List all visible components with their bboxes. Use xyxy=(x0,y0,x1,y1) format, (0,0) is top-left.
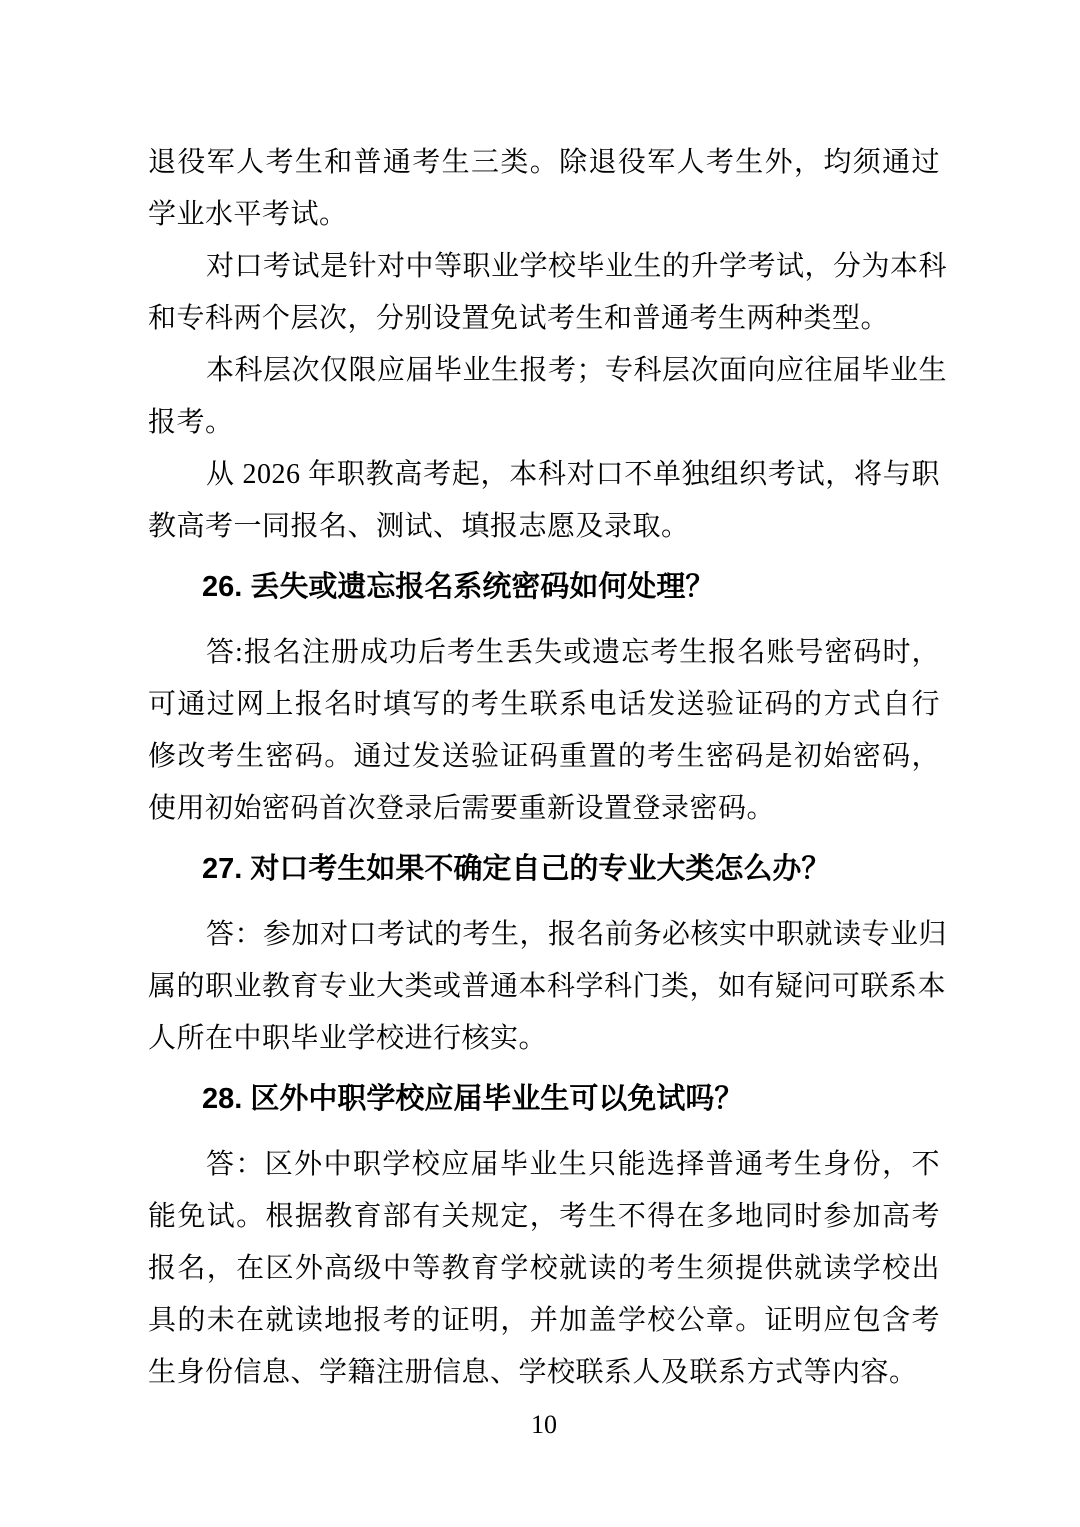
paragraph-line: 从 2026 年职教高考起，本科对口不单独组织考试，将与职 xyxy=(148,449,940,501)
paragraph-line: 本科层次仅限应届毕业生报考；专科层次面向应往届毕业生 xyxy=(148,345,940,397)
paragraph: 答：区外中职学校应届毕业生只能选择普通考生身份，不能免试。根据教育部有关规定，考… xyxy=(148,1139,940,1399)
paragraph-line: 属的职业教育专业大类或普通本科学科门类，如有疑问可联系本 xyxy=(148,961,940,1013)
document-page: 退役军人考生和普通考生三类。除退役军人考生外，均须通过学业水平考试。对口考试是针… xyxy=(0,0,1080,1527)
paragraph-line: 答:报名注册成功后考生丢失或遗忘考生报名账号密码时， xyxy=(148,627,940,679)
blocks: 退役军人考生和普通考生三类。除退役军人考生外，均须通过学业水平考试。对口考试是针… xyxy=(148,137,940,1399)
faq-question-heading: 27. 对口考生如果不确定自己的专业大类怎么办？ xyxy=(148,843,940,895)
paragraph-line: 具的未在就读地报考的证明，并加盖学校公章。证明应包含考 xyxy=(148,1295,940,1347)
paragraph-line: 对口考试是针对中等职业学校毕业生的升学考试，分为本科 xyxy=(148,241,940,293)
paragraph: 答：参加对口考试的考生，报名前务必核实中职就读专业归属的职业教育专业大类或普通本… xyxy=(148,909,940,1065)
paragraph: 从 2026 年职教高考起，本科对口不单独组织考试，将与职教高考一同报名、测试、… xyxy=(148,449,940,553)
paragraph-line: 能免试。根据教育部有关规定，考生不得在多地同时参加高考 xyxy=(148,1191,940,1243)
paragraph-line: 生身份信息、学籍注册信息、学校联系人及联系方式等内容。 xyxy=(148,1347,940,1399)
paragraph-line: 报名，在区外高级中等教育学校就读的考生须提供就读学校出 xyxy=(148,1243,940,1295)
paragraph-line: 修改考生密码。通过发送验证码重置的考生密码是初始密码， xyxy=(148,731,940,783)
paragraph-line: 学业水平考试。 xyxy=(148,189,940,241)
paragraph-line: 退役军人考生和普通考生三类。除退役军人考生外，均须通过 xyxy=(148,137,940,189)
paragraph-line: 和专科两个层次，分别设置免试考生和普通考生两种类型。 xyxy=(148,293,940,345)
paragraph-line: 人所在中职毕业学校进行核实。 xyxy=(148,1013,940,1065)
paragraph-line: 可通过网上报名时填写的考生联系电话发送验证码的方式自行 xyxy=(148,679,940,731)
paragraph-line: 答：参加对口考试的考生，报名前务必核实中职就读专业归 xyxy=(148,909,940,961)
paragraph: 退役军人考生和普通考生三类。除退役军人考生外，均须通过学业水平考试。 xyxy=(148,137,940,241)
paragraph: 本科层次仅限应届毕业生报考；专科层次面向应往届毕业生报考。 xyxy=(148,345,940,449)
paragraph-line: 使用初始密码首次登录后需要重新设置登录密码。 xyxy=(148,783,940,835)
paragraph: 对口考试是针对中等职业学校毕业生的升学考试，分为本科和专科两个层次，分别设置免试… xyxy=(148,241,940,345)
page-content: 退役军人考生和普通考生三类。除退役军人考生外，均须通过学业水平考试。对口考试是针… xyxy=(148,137,940,1447)
paragraph-line: 报考。 xyxy=(148,397,940,449)
paragraph-line: 教高考一同报名、测试、填报志愿及录取。 xyxy=(148,501,940,553)
paragraph: 答:报名注册成功后考生丢失或遗忘考生报名账号密码时，可通过网上报名时填写的考生联… xyxy=(148,627,940,835)
page-number: 10 xyxy=(148,1403,940,1447)
faq-question-heading: 28. 区外中职学校应届毕业生可以免试吗？ xyxy=(148,1073,940,1125)
paragraph-line: 答：区外中职学校应届毕业生只能选择普通考生身份，不 xyxy=(148,1139,940,1191)
faq-question-heading: 26. 丢失或遗忘报名系统密码如何处理？ xyxy=(148,561,940,613)
